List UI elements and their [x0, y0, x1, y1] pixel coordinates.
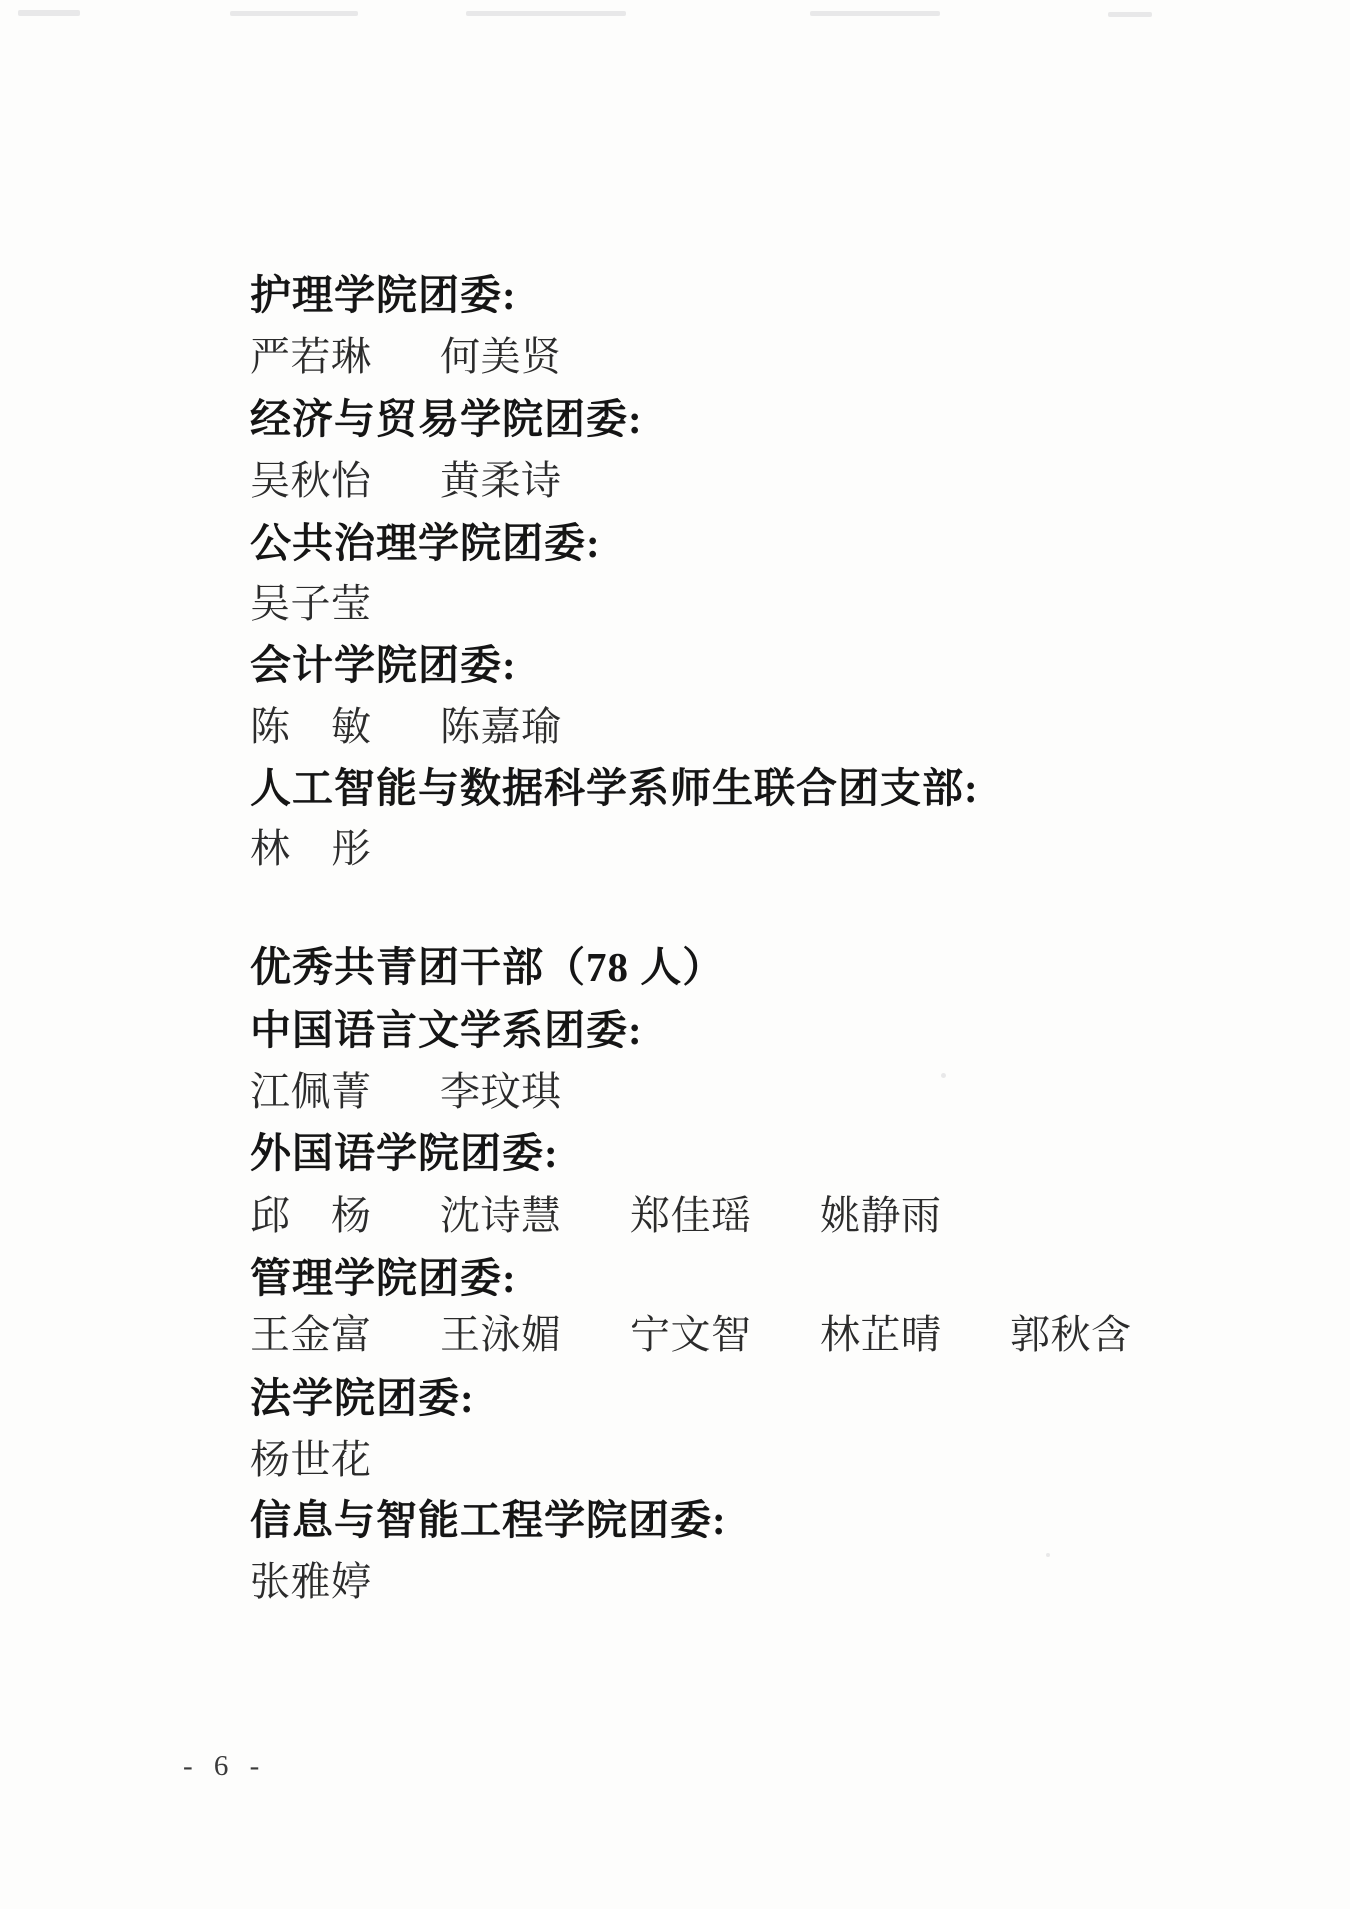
committee-header: 中国语言文学系团委:: [250, 1010, 643, 1051]
person-name: 黄柔诗: [440, 461, 630, 501]
person-name: 何美贤: [440, 337, 630, 377]
names-row: 吴秋怡 黄柔诗: [250, 461, 630, 501]
committee-header: 管理学院团委:: [250, 1258, 517, 1299]
names-row: 江佩菁 李玟琪: [250, 1072, 630, 1112]
scan-artifact: [18, 10, 80, 16]
person-name: 邱 杨: [250, 1196, 440, 1236]
committee-header: 人工智能与数据科学系师生联合团支部:: [250, 768, 979, 809]
names-row: 吴子莹: [250, 584, 440, 624]
person-name: 林 彤: [250, 829, 440, 869]
committee-header: 公共治理学院团委:: [250, 523, 601, 564]
names-row: 杨世花: [250, 1440, 440, 1480]
committee-header: 护理学院团委:: [250, 275, 517, 316]
names-row: 林 彤: [250, 829, 440, 869]
person-name: 杨世花: [250, 1440, 440, 1480]
scan-artifact: [466, 11, 626, 16]
names-row: 严若琳 何美贤: [250, 337, 630, 377]
person-name: 郑佳瑶: [630, 1196, 820, 1236]
committee-header: 信息与智能工程学院团委:: [250, 1500, 727, 1541]
person-name: 王金富: [250, 1315, 440, 1355]
person-name: 张雅婷: [250, 1562, 440, 1602]
person-name: 陈 敏: [250, 707, 440, 747]
names-row: 王金富 王泳媚 宁文智 林芷晴 郭秋含: [250, 1315, 1200, 1355]
person-name: 严若琳: [250, 337, 440, 377]
scan-artifact: [810, 11, 940, 16]
person-name: 王泳媚: [440, 1315, 630, 1355]
names-row: 张雅婷: [250, 1562, 440, 1602]
names-row: 邱 杨 沈诗慧 郑佳瑶 姚静雨: [250, 1196, 1010, 1236]
person-name: 宁文智: [630, 1315, 820, 1355]
person-name: 林芷晴: [820, 1315, 1010, 1355]
committee-header: 外国语学院团委:: [250, 1133, 559, 1174]
person-name: 吴子莹: [250, 584, 440, 624]
scan-artifact: [1046, 1553, 1050, 1557]
names-row: 陈 敏 陈嘉瑜: [250, 707, 630, 747]
committee-header: 会计学院团委:: [250, 645, 517, 686]
person-name: 李玟琪: [440, 1072, 630, 1112]
page-number: - 6 -: [183, 1752, 266, 1781]
scan-artifact: [1108, 12, 1152, 17]
section-title: 优秀共青团干部（78 人）: [250, 947, 724, 988]
committee-header: 经济与贸易学院团委:: [250, 399, 643, 440]
scan-artifact: [230, 11, 358, 16]
person-name: 吴秋怡: [250, 461, 440, 501]
person-name: 郭秋含: [1010, 1315, 1200, 1355]
person-name: 陈嘉瑜: [440, 707, 630, 747]
scanned-document-page: 护理学院团委: 严若琳 何美贤 经济与贸易学院团委: 吴秋怡 黄柔诗 公共治理学…: [0, 0, 1350, 1909]
person-name: 江佩菁: [250, 1072, 440, 1112]
scan-artifact: [941, 1073, 946, 1078]
person-name: 姚静雨: [820, 1196, 1010, 1236]
committee-header: 法学院团委:: [250, 1378, 475, 1419]
person-name: 沈诗慧: [440, 1196, 630, 1236]
